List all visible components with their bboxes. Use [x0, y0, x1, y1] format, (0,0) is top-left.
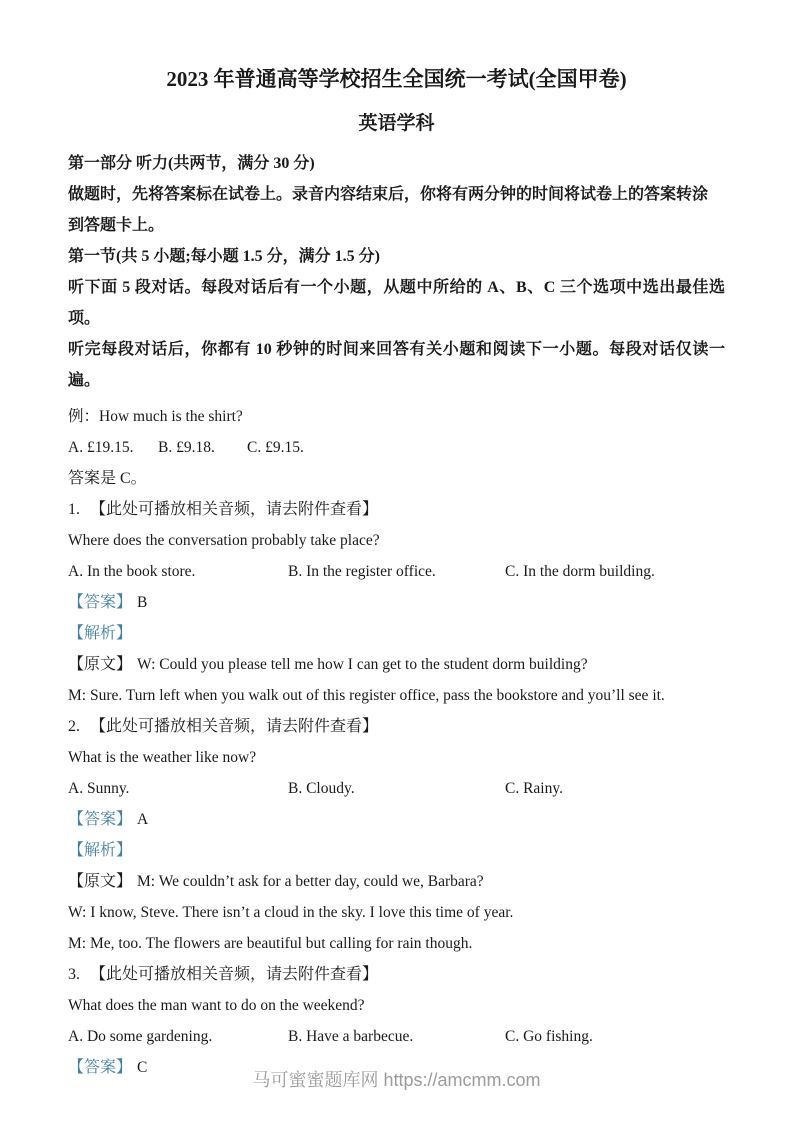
question-2-analysis-line: 【解析】 — [68, 835, 725, 866]
question-3-option-a: A. Do some gardening. — [68, 1021, 288, 1052]
question-2-audio-placeholder: 【此处可播放相关音频，请去附件查看】 — [90, 718, 378, 735]
question-1-answer-value: B — [137, 594, 147, 611]
transcript-label: 【原文】 — [68, 656, 132, 673]
question-2-option-a: A. Sunny. — [68, 773, 288, 804]
example-option-a: A. £19.15. — [68, 432, 158, 463]
question-3-audio-line: 3.【此处可播放相关音频，请去附件查看】 — [68, 959, 725, 990]
question-block-1: 1.【此处可播放相关音频，请去附件查看】 Where does the conv… — [68, 494, 725, 711]
question-2-transcript-line-2: W: I know, Steve. There isn’t a cloud in… — [68, 897, 725, 928]
analysis-label: 【解析】 — [68, 842, 132, 859]
example-question: How much is the shirt? — [99, 408, 243, 425]
question-2-options-row: A. Sunny. B. Cloudy. C. Rainy. — [68, 773, 725, 804]
site-watermark: 马可蜜蜜题库网 https://amcmm.com — [0, 1066, 793, 1092]
section1-instructions-line1: 听下面 5 段对话。每段对话后有一个小题，从题中所给的 A、B、C 三个选项中选… — [68, 272, 725, 334]
question-2-option-b: B. Cloudy. — [288, 773, 505, 804]
document-page: 2023 年普通高等学校招生全国统一考试(全国甲卷) 英语学科 第一部分 听力(… — [0, 0, 793, 1122]
question-1-audio-line: 1.【此处可播放相关音频，请去附件查看】 — [68, 494, 725, 525]
question-1-options-row: A. In the book store. B. In the register… — [68, 556, 725, 587]
question-3-number: 3. — [68, 959, 80, 990]
example-block: 例：How much is the shirt? A. £19.15. B. £… — [68, 401, 725, 494]
question-3-option-b: B. Have a barbecue. — [288, 1021, 505, 1052]
document-subject: 英语学科 — [68, 110, 725, 138]
transcript-label: 【原文】 — [68, 873, 132, 890]
question-1-number: 1. — [68, 494, 80, 525]
question-block-3: 3.【此处可播放相关音频，请去附件查看】 What does the man w… — [68, 959, 725, 1083]
section1-instructions-line2: 听完每段对话后，你都有 10 秒钟的时间来回答有关小题和阅读下一小题。每段对话仅… — [68, 334, 725, 396]
question-2-transcript-line-3: M: Me, too. The flowers are beautiful bu… — [68, 928, 725, 959]
part1-instructions-line2: 到答题卡上。 — [68, 210, 725, 241]
example-label: 例： — [68, 408, 99, 425]
section1-heading: 第一节(共 5 小题;每小题 1.5 分，满分 1.5 分) — [68, 241, 725, 272]
question-1-transcript-line-1: 【原文】W: Could you please tell me how I ca… — [68, 649, 725, 680]
question-1-option-b: B. In the register office. — [288, 556, 505, 587]
analysis-label: 【解析】 — [68, 625, 132, 642]
example-option-c: C. £9.15. — [247, 432, 725, 463]
example-options-row: A. £19.15. B. £9.18. C. £9.15. — [68, 432, 725, 463]
question-block-2: 2.【此处可播放相关音频，请去附件查看】 What is the weather… — [68, 711, 725, 959]
document-title: 2023 年普通高等学校招生全国统一考试(全国甲卷) — [68, 64, 725, 94]
example-question-line: 例：How much is the shirt? — [68, 401, 725, 432]
question-2-option-c: C. Rainy. — [505, 773, 725, 804]
question-2-answer-line: 【答案】A — [68, 804, 725, 835]
question-1-option-a: A. In the book store. — [68, 556, 288, 587]
part1-instructions-line1: 做题时，先将答案标在试卷上。录音内容结束后，你将有两分钟的时间将试卷上的答案转涂 — [68, 179, 725, 210]
question-1-answer-line: 【答案】B — [68, 587, 725, 618]
example-answer-note: 答案是 C。 — [68, 463, 725, 494]
question-2-text: What is the weather like now? — [68, 742, 725, 773]
question-1-option-c: C. In the dorm building. — [505, 556, 725, 587]
question-3-audio-placeholder: 【此处可播放相关音频，请去附件查看】 — [90, 966, 378, 983]
question-3-text: What does the man want to do on the week… — [68, 990, 725, 1021]
answer-label: 【答案】 — [68, 811, 132, 828]
question-3-option-c: C. Go fishing. — [505, 1021, 725, 1052]
transcript-text: W: Could you please tell me how I can ge… — [137, 656, 588, 673]
question-2-audio-line: 2.【此处可播放相关音频，请去附件查看】 — [68, 711, 725, 742]
transcript-text: M: We couldn’t ask for a better day, cou… — [137, 873, 484, 890]
question-1-audio-placeholder: 【此处可播放相关音频，请去附件查看】 — [90, 501, 378, 518]
answer-label: 【答案】 — [68, 594, 132, 611]
question-2-answer-value: A — [137, 811, 148, 828]
question-2-transcript-line-1: 【原文】M: We couldn’t ask for a better day,… — [68, 866, 725, 897]
part1-heading: 第一部分 听力(共两节，满分 30 分) — [68, 148, 725, 179]
question-2-number: 2. — [68, 711, 80, 742]
question-3-options-row: A. Do some gardening. B. Have a barbecue… — [68, 1021, 725, 1052]
question-1-analysis-line: 【解析】 — [68, 618, 725, 649]
example-option-b: B. £9.18. — [158, 432, 247, 463]
question-1-transcript-line-2: M: Sure. Turn left when you walk out of … — [68, 680, 725, 711]
question-1-text: Where does the conversation probably tak… — [68, 525, 725, 556]
